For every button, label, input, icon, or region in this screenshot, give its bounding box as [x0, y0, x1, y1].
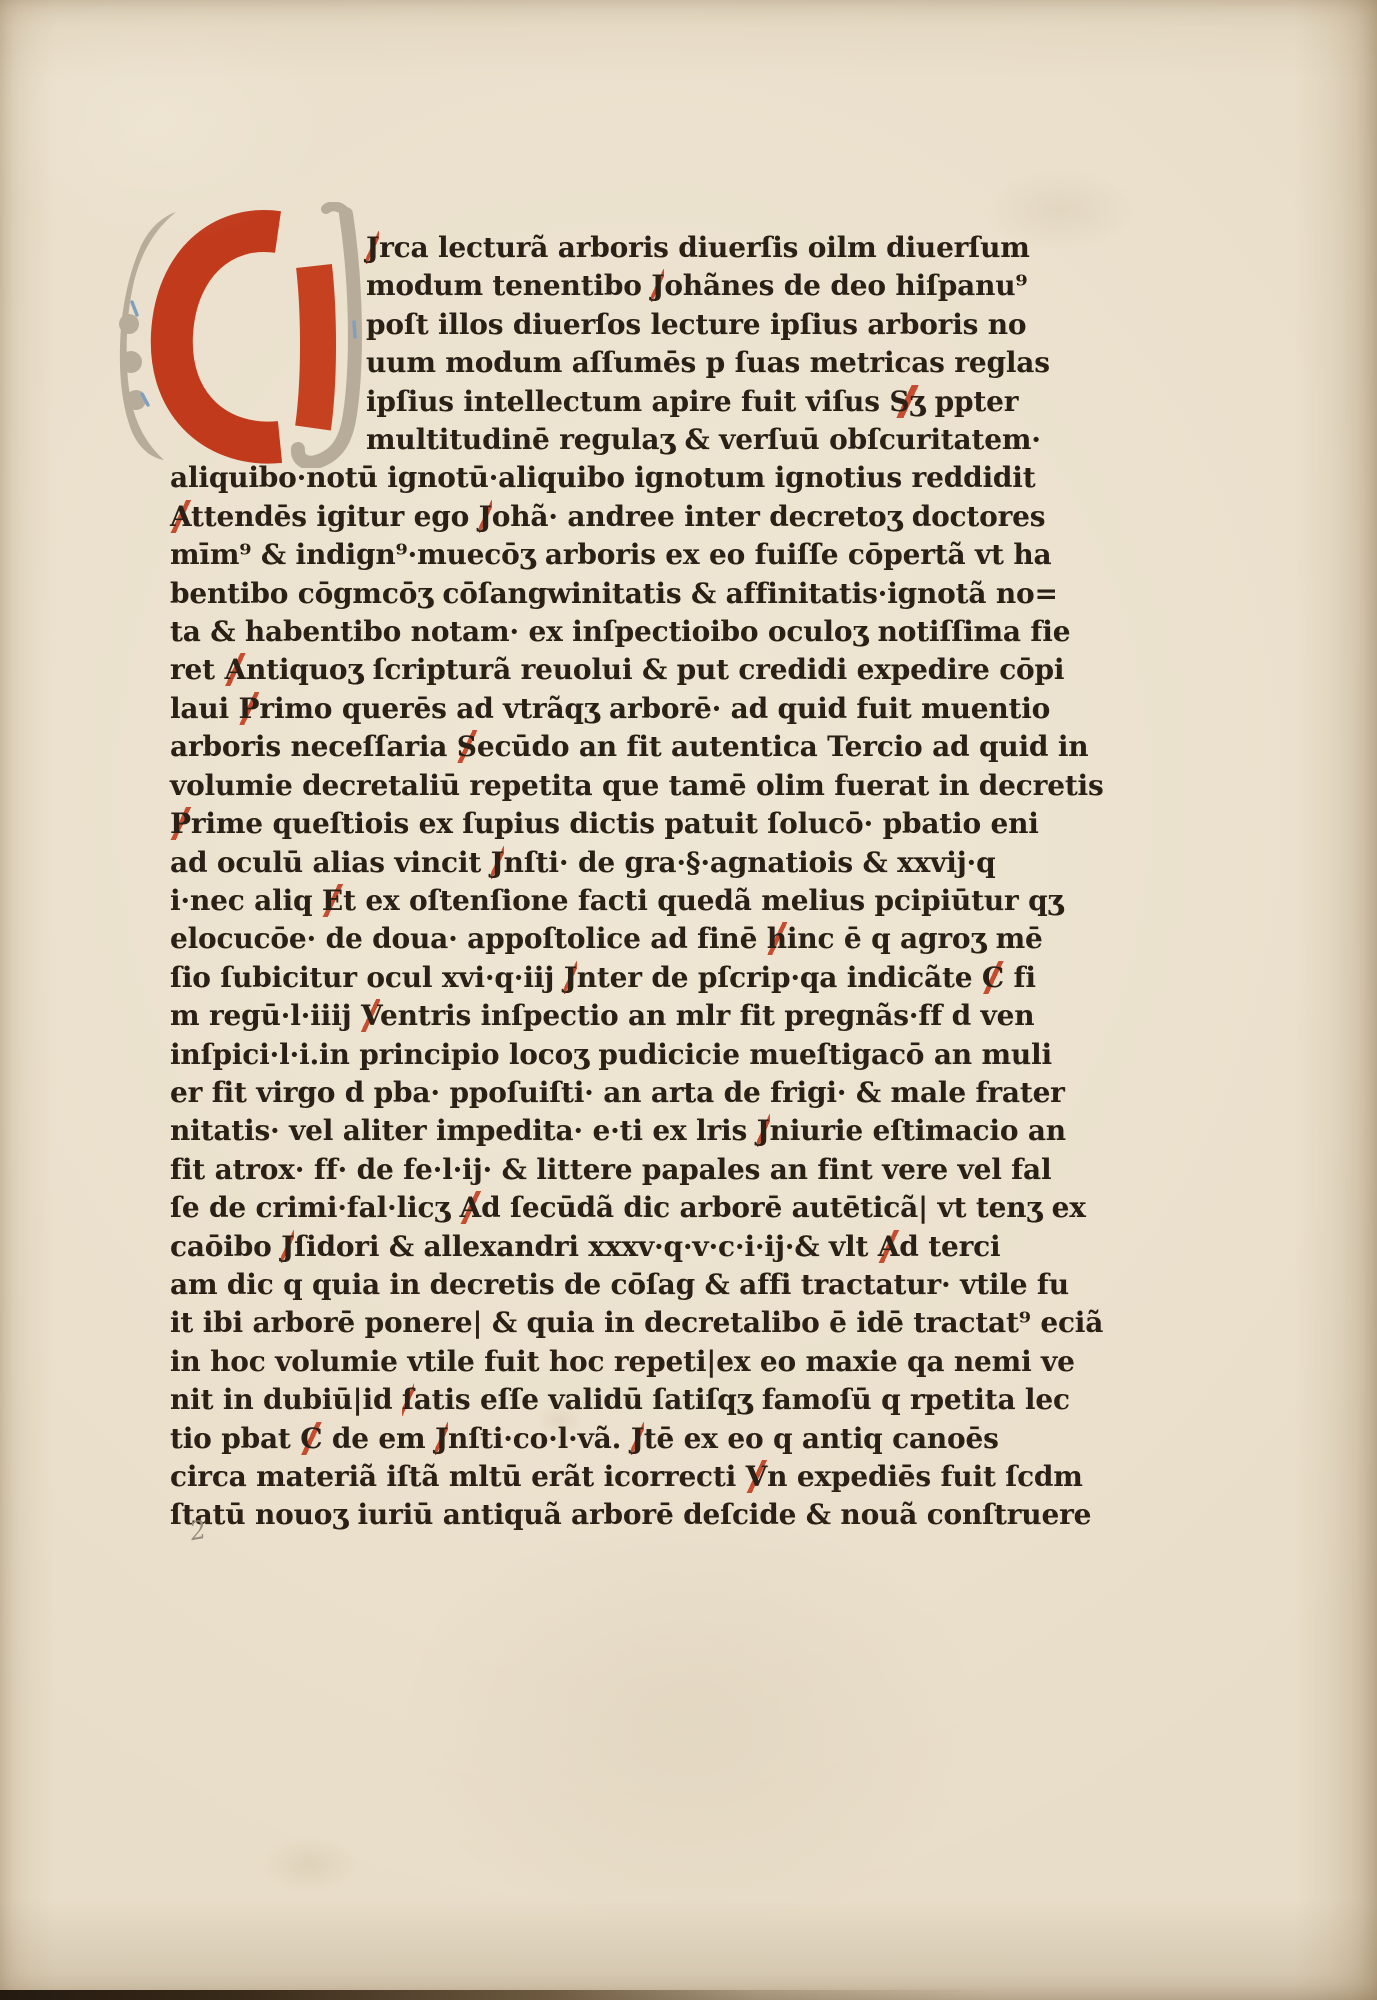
text-segment: inc ē q agroʒ mē [787, 922, 1043, 955]
text-segment: ſtatū nouoʒ iuriū antiquã arborē deſcide… [170, 1498, 1091, 1531]
text-segment: d terci [899, 1230, 1000, 1263]
text-segment: am dic q quia in decretis de cōſag & aff… [170, 1268, 1069, 1301]
text-segment: elocucōe· de doua· appoſtolice ad finē [170, 922, 767, 955]
text-line: inſpici·l·i.in principio locoʒ pudicicie… [170, 1036, 1022, 1074]
text-line: ipſius intellectum apire fuit viſus Sʒ p… [366, 383, 1022, 421]
text-segment: m regū·l·iiij [170, 999, 361, 1032]
text-line: volumie decretaliū repetita que tamē oli… [170, 767, 1022, 805]
text-segment: uum modum aſſumēs p ſuas metricas reglas [366, 346, 1050, 379]
text-segment: ecūdo an fit autentica Tercio ad quid in [477, 730, 1089, 763]
text-line: er fit virgo d pba· ppoſuiſti· an arta d… [170, 1074, 1022, 1112]
rubricated-letter: V [361, 999, 380, 1032]
text-segment: aliquibo·notū ignotū·aliquibo ignotum ig… [170, 461, 1035, 494]
text-segment: ſio ſubicitur ocul xvi·q·iij [170, 961, 564, 994]
text-line: m regū·l·iiij Ventris inſpectio an mlr f… [170, 997, 1022, 1035]
page-bottom-edge [0, 1990, 1377, 2000]
rubricated-letter: C [982, 961, 1004, 994]
text-segment: nit in dubiū|id [170, 1383, 402, 1416]
text-segment: modum tenentibo [366, 269, 651, 302]
text-line: ſio ſubicitur ocul xvi·q·iij Jnter de pſ… [170, 959, 1022, 997]
text-line: aliquibo·notū ignotū·aliquibo ignotum ig… [170, 459, 1022, 497]
text-segment: ppter [925, 385, 1018, 418]
rubricated-letter: J [366, 231, 379, 264]
text-line: bentibo cōgmcōʒ cōſangwinitatis & affini… [170, 575, 1022, 613]
manuscript-page: Jrca lecturã arboris diuerſis oilm diuer… [0, 0, 1377, 2000]
text-segment: niurie eſtimacio an [770, 1114, 1066, 1147]
text-segment: ipſius intellectum apire fuit viſus [366, 385, 889, 418]
text-segment: volumie decretaliū repetita que tamē oli… [170, 769, 1104, 802]
text-line: ſtatū nouoʒ iuriū antiquã arborē deſcide… [170, 1496, 1022, 1534]
text-line: i·nec aliq Et ex oſtenſione facti quedã … [170, 882, 1022, 920]
text-segment: fi [1004, 961, 1036, 994]
rubricated-letter: A [170, 500, 191, 533]
text-line: tio pbat C de em Jnſti·co·l·vã. Jtē ex e… [170, 1420, 1022, 1458]
text-segment: n expediēs fuit ſcdm [767, 1460, 1083, 1493]
text-segment: multitudinē regulaʒ & verſuū obſcuritate… [366, 423, 1041, 456]
rubricated-letter: J [435, 1422, 448, 1455]
text-segment: ta & habentibo notam· ex inſpectioibo oc… [170, 615, 1070, 648]
text-segment: de em [322, 1422, 435, 1455]
rubricated-letter: h [767, 922, 787, 955]
text-line: it ibi arborē ponere| & quia in decretal… [170, 1304, 1022, 1342]
text-segment: tio pbat [170, 1422, 300, 1455]
text-segment: ohãnes de deo hiſpanu⁹ [664, 269, 1027, 302]
rubricated-letter: J [491, 846, 504, 879]
text-line: ſe de crimi·fal·licʒ Ad ſecūdã dic arbor… [170, 1189, 1022, 1227]
rubricated-letter: J [479, 500, 492, 533]
text-segment: poſt illos diuerſos lecture ipſius arbor… [366, 308, 1026, 341]
text-segment: er fit virgo d pba· ppoſuiſti· an arta d… [170, 1076, 1065, 1109]
text-segment: atis eſſe validū ſatiſqʒ famoſū q rpetit… [414, 1383, 1070, 1416]
text-segment: ret [170, 653, 224, 686]
text-line: in hoc volumie vtile fuit hoc repeti|ex … [170, 1343, 1022, 1381]
text-segment: inſpici·l·i.in principio locoʒ pudicicie… [170, 1038, 1052, 1071]
text-line: fit atrox· ff· de fe·l·ij· & littere pap… [170, 1151, 1022, 1189]
text-segment: rca lecturã arboris diuerſis oilm diuerſ… [379, 231, 1030, 264]
text-segment: rimo querēs ad vtrãqʒ arborē· ad quid fu… [259, 692, 1050, 725]
text-segment: d ſecūdã dic arborē autēticã| vt tenʒ ex [481, 1191, 1086, 1224]
text-segment: tē ex eo q antiq canoēs [644, 1422, 999, 1455]
text-line: caōibo Jſidori & allexandri xxxv·q·v·c·i… [170, 1228, 1022, 1266]
rubricated-letter: J [564, 961, 577, 994]
text-line: elocucōe· de doua· appoſtolice ad finē h… [170, 920, 1022, 958]
text-line: ad oculū alias vincit Jnſti· de gra·§·ag… [170, 844, 1022, 882]
text-line: Attendēs igitur ego Johã· andree inter d… [170, 498, 1022, 536]
text-segment: entris inſpectio an mlr fit pregnãs·ff d… [380, 999, 1034, 1032]
text-line: ret Antiquoʒ ſcripturã reuolui & put cre… [170, 651, 1022, 689]
text-segment: ohã· andree inter decretoʒ doctores [492, 500, 1046, 533]
text-line: nitatis· vel aliter impedita· e·ti ex lr… [170, 1112, 1022, 1150]
rubricated-letter: P [170, 807, 191, 840]
rubricated-letter: E [322, 884, 343, 917]
rubricated-letter: A [878, 1230, 900, 1263]
text-segment: ſe de crimi·fal·licʒ [170, 1191, 460, 1224]
text-segment: circa materiã iſtã mltū erãt icorrecti [170, 1460, 746, 1493]
text-segment: i·nec aliq [170, 884, 322, 917]
text-line: am dic q quia in decretis de cōſag & aff… [170, 1266, 1022, 1304]
rubricated-letter: J [281, 1230, 294, 1263]
rubricated-letter: J [757, 1114, 770, 1147]
text-segment: laui [170, 692, 239, 725]
text-segment: bentibo cōgmcōʒ cōſangwinitatis & affini… [170, 577, 1058, 610]
text-line: laui Primo querēs ad vtrãqʒ arborē· ad q… [170, 690, 1022, 728]
text-line: circa materiã iſtã mltū erãt icorrecti V… [170, 1458, 1022, 1496]
text-segment: arboris neceſſaria [170, 730, 457, 763]
text-segment: nſti· de gra·§·agnatiois & xxvij·q [504, 846, 996, 879]
text-segment: ad oculū alias vincit [170, 846, 491, 879]
rubricated-letter: A [460, 1191, 482, 1224]
text-line: mīm⁹ & indign⁹·muecōʒ arboris ex eo fuiſ… [170, 536, 1022, 574]
text-segment: nitatis· vel aliter impedita· e·ti ex lr… [170, 1114, 757, 1147]
text-segment: ttendēs igitur ego [191, 500, 479, 533]
text-segment: t ex oſtenſione facti quedã melius pcipi… [343, 884, 1063, 917]
text-segment: ſidori & allexandri xxxv·q·v·c·i·ij·& vl… [294, 1230, 878, 1263]
text-segment: fit atrox· ff· de fe·l·ij· & littere pap… [170, 1153, 1051, 1186]
rubricated-letter: Sʒ [889, 385, 925, 418]
text-line: Prime queſtiois ex ſupius dictis patuit … [170, 805, 1022, 843]
text-line: multitudinē regulaʒ & verſuū obſcuritate… [366, 421, 1022, 459]
text-line: modum tenentibo Johãnes de deo hiſpanu⁹ [366, 267, 1022, 305]
rubricated-letter: P [239, 692, 260, 725]
text-line: arboris neceſſaria Secūdo an fit autenti… [170, 728, 1022, 766]
text-segment: nter de pſcrip·qa indicãte [577, 961, 982, 994]
text-line: Jrca lecturã arboris diuerſis oilm diuer… [366, 229, 1022, 267]
rubricated-letter: C [300, 1422, 322, 1455]
rubricated-letter: S [457, 730, 477, 763]
rubricated-letter: J [631, 1422, 644, 1455]
text-segment: it ibi arborē ponere| & quia in decretal… [170, 1306, 1103, 1339]
rubricated-letter: ſ [402, 1383, 414, 1416]
text-line: uum modum aſſumēs p ſuas metricas reglas [366, 344, 1022, 382]
text-segment: mīm⁹ & indign⁹·muecōʒ arboris ex eo fuiſ… [170, 538, 1051, 571]
text-segment: caōibo [170, 1230, 281, 1263]
text-line: nit in dubiū|id ſatis eſſe validū ſatiſq… [170, 1381, 1022, 1419]
rubricated-letter: V [746, 1460, 768, 1493]
text-segment: nſti·co·l·vã. [448, 1422, 631, 1455]
text-line: poſt illos diuerſos lecture ipſius arbor… [366, 306, 1022, 344]
body-text: Jrca lecturã arboris diuerſis oilm diuer… [170, 229, 1022, 1535]
rubricated-letter: J [651, 269, 664, 302]
text-segment: rime queſtiois ex ſupius dictis patuit ſ… [191, 807, 1039, 840]
text-line: ta & habentibo notam· ex inſpectioibo oc… [170, 613, 1022, 651]
text-segment: in hoc volumie vtile fuit hoc repeti|ex … [170, 1345, 1075, 1378]
rubricated-letter: A [224, 653, 246, 686]
text-segment: ntiquoʒ ſcripturã reuolui & put credidi … [246, 653, 1064, 686]
